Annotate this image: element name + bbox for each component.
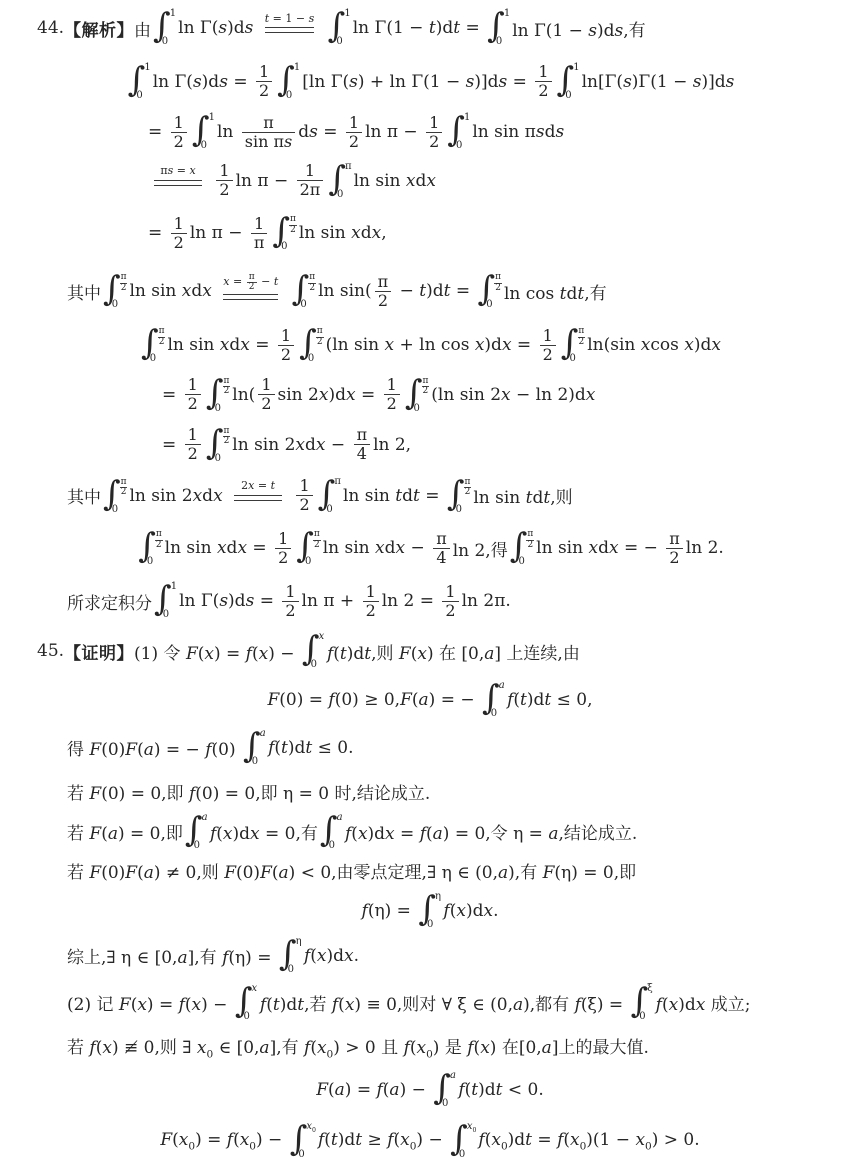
math-text: ln π − [190, 223, 248, 243]
math-text: f(x)dx. [443, 901, 498, 921]
fraction: π2 [666, 530, 683, 567]
fraction-numerator: 1 [185, 376, 201, 394]
substitution-label: πs = x [160, 165, 195, 177]
math-text: ln[Γ(s)Γ(1 − s)]ds [582, 72, 735, 92]
integral-upper-bound: π2 [308, 272, 316, 293]
integral: ∫a0 [320, 813, 343, 851]
math-text: ln 2 = [382, 591, 440, 611]
integral: ∫π20 [447, 477, 471, 515]
math-text: ln Γ(1 − t)dt = [353, 18, 485, 38]
fraction-numerator: 1 [282, 583, 298, 601]
fraction: 12 [171, 114, 187, 151]
math-text: ln π + [302, 591, 360, 611]
integral-upper-bound: π [334, 477, 341, 487]
integral: ∫π20 [103, 477, 127, 515]
math-text: ln sin πsds [472, 122, 564, 142]
fraction: 12 [278, 327, 294, 364]
integral-lower-bound: 0 [201, 141, 207, 151]
math-text: F(a) = f(a) − [316, 1080, 431, 1100]
integral: ∫10 [192, 113, 215, 151]
fraction: π2 [375, 273, 392, 310]
double-equals-line [265, 27, 315, 33]
integral: ∫10 [128, 63, 151, 101]
fraction-denominator: 2 [363, 601, 379, 620]
p45-part2: (2) 记 F(x) = f(x) − ∫x0f(t)dt,若 f(x) ≡ 0… [0, 979, 860, 1026]
integral-upper-bound: π2 [223, 376, 231, 397]
math-text: = [162, 435, 182, 455]
fraction-denominator: 2 [426, 132, 442, 151]
p44-eq-halfpi: = 12ln π − 1π∫π20ln sin xdx, [0, 204, 860, 262]
p45-eq-Fx0-pos: F(x0) = f(x0) − ∫x00f(t)dt ≥ f(x0) − ∫x0… [0, 1111, 860, 1170]
math-text [284, 281, 289, 301]
math-text: 所求定积分 [67, 589, 152, 614]
math-text: f(x0)dt = f(x0)(1 − x0) > 0. [478, 1130, 699, 1152]
integral-upper-bound: π2 [158, 326, 166, 347]
integral-upper-bound: a [450, 1071, 456, 1081]
integral-upper-bound: 1 [294, 63, 300, 73]
p44-intro: 44.【解析】由∫10ln Γ(s)ds t = 1 − s ∫10ln Γ(1… [0, 0, 860, 56]
integral-lower-bound: 0 [215, 454, 223, 464]
integral-lower-bound: 0 [336, 37, 342, 47]
fraction-numerator: 1 [278, 327, 294, 345]
integral: ∫π20 [292, 272, 316, 310]
math-text: 其中 [67, 279, 101, 304]
integral-upper-bound: a [337, 813, 343, 823]
integral-lower-bound: 0 [565, 91, 571, 101]
integral: ∫ξ0 [631, 984, 654, 1022]
fraction: 12 [535, 63, 551, 100]
fraction-denominator: 2 [278, 345, 294, 364]
math-text [320, 18, 325, 38]
integral: ∫π20 [510, 529, 534, 567]
fraction-denominator: 2 [256, 81, 272, 100]
math-text [288, 486, 293, 506]
math-text: F(0) = f(0) ≥ 0,F(a) = − [267, 690, 480, 710]
math-text: ln sin 2xdx − [232, 435, 350, 455]
math-text: ln Γ(s)ds = [179, 591, 279, 611]
integral: ∫10 [328, 9, 351, 47]
math-text: x = [223, 276, 245, 288]
integral-lower-bound: 0 [162, 37, 168, 47]
integral-lower-bound: 0 [570, 354, 578, 364]
fraction-denominator: 2 [666, 548, 682, 567]
math-text: f(x)dx = f(a) = 0,令 η = a,结论成立. [345, 819, 637, 844]
fraction-denominator: 2 [216, 180, 232, 199]
p45-case-nonzero: 若 F(0)F(a) ≠ 0,则 F(0)F(a) < 0,由零点定理,∃ η … [0, 851, 860, 889]
integral: ∫π0 [318, 477, 341, 515]
integral-lower-bound: 0 [252, 757, 258, 767]
math-text: 由 [134, 16, 151, 41]
fraction-denominator: 4 [354, 444, 370, 463]
integral-lower-bound: 0 [112, 505, 120, 515]
integral-lower-bound: 0 [311, 660, 317, 670]
p44-eq-sub-pis: πs = x 12ln π − 12π∫π0ln sin xdx [0, 157, 860, 204]
math-text: f(t)dt ≥ f(x0) − [318, 1130, 448, 1152]
fraction-numerator: 1 [216, 162, 232, 180]
integral-lower-bound: 0 [639, 1012, 645, 1022]
fraction: 1π [251, 215, 268, 252]
integral-upper-bound: π2 [313, 529, 321, 550]
integral: ∫x0 [302, 632, 325, 670]
integral-lower-bound: 0 [286, 91, 292, 101]
integral-lower-bound: 0 [329, 841, 335, 851]
math-text: πs = x [160, 165, 195, 177]
fraction-denominator: 2 [247, 282, 257, 292]
fraction-denominator: 2 [185, 444, 201, 463]
math-text: ln 2,得 [453, 536, 508, 561]
integral: ∫x00 [450, 1122, 476, 1160]
fraction: 12 [363, 583, 379, 620]
math-text: ln 2. [686, 538, 724, 558]
fraction: 12 [275, 530, 291, 567]
integral-upper-bound: π2 [223, 426, 231, 447]
p44-among-sinx: 其中∫π20ln sin xdx x = π2 − t ∫π20ln sin(π… [0, 262, 860, 320]
integral-upper-bound: 1 [573, 63, 579, 73]
math-text: f(η) = [362, 901, 417, 921]
math-text: (1) 令 F(x) = f(x) − [134, 639, 300, 664]
fraction-numerator: π [666, 530, 683, 548]
fraction-denominator: 2 [258, 394, 274, 413]
substitution-label: 2x = t [241, 480, 275, 492]
math-text: sin 2x)dx = [278, 385, 381, 405]
integral-upper-bound: ξ [647, 984, 653, 994]
fraction: 12π [297, 162, 324, 199]
p45-eq-eta: f(η) = ∫η0f(x)dx. [0, 889, 860, 932]
integral-lower-bound: 0 [326, 505, 333, 515]
integral: ∫π20 [299, 326, 323, 364]
math-text: ln(sin xcos x)dx [587, 335, 721, 355]
math-text: (2) 记 F(x) = f(x) − [67, 990, 233, 1015]
integral-upper-bound: 1 [209, 113, 215, 123]
integral-upper-bound: 1 [171, 582, 177, 592]
math-text: ln cos tdt,有 [504, 279, 607, 304]
fraction: πsin πs [242, 114, 295, 151]
integral-upper-bound: a [202, 813, 208, 823]
math-text: f(t)dt ≤ 0, [507, 690, 592, 710]
fraction-denominator: 2 [375, 291, 391, 310]
fraction: 12 [185, 426, 201, 463]
math-text: f(t)dt < 0. [458, 1080, 543, 1100]
integral-upper-bound: π2 [422, 376, 430, 397]
integral: ∫a0 [243, 729, 266, 767]
fraction: 12 [426, 114, 442, 151]
math-text: ln sin xdx = − [536, 538, 663, 558]
integral-lower-bound: 0 [456, 141, 462, 151]
substitution-equals: πs = x [154, 165, 202, 185]
fraction-numerator: 1 [275, 530, 291, 548]
math-text: f(x)dx 成立; [656, 990, 751, 1015]
fraction-numerator: 1 [346, 114, 362, 132]
fraction-denominator: 2 [185, 394, 201, 413]
substitution-equals: t = 1 − s [265, 13, 315, 33]
integral-upper-bound: η [296, 937, 302, 947]
integral-lower-bound: 0 [215, 404, 223, 414]
math-text: ln 2π. [462, 591, 511, 611]
fraction-denominator: sin πs [242, 132, 295, 151]
integral-lower-bound: 0 [150, 354, 158, 364]
integral: ∫x00 [290, 1122, 316, 1160]
integral-lower-bound: 0 [281, 242, 289, 252]
integral: ∫π20 [405, 376, 429, 414]
integral: ∫π20 [478, 272, 502, 310]
p44-eq-split: ∫10ln Γ(s)ds = 12∫10[ln Γ(s) + ln Γ(1 − … [0, 56, 860, 107]
fraction: π2 [247, 273, 257, 292]
fraction: 12 [346, 114, 362, 151]
math-text: 综上,∃ η ∈ [0,a],有 f(η) = [67, 943, 277, 968]
p44-eq-sincos: ∫π20ln sin xdx = 12∫π20(ln sin x + ln co… [0, 320, 860, 370]
substitution-equals: 2x = t [234, 480, 282, 500]
integral: ∫a0 [433, 1071, 456, 1109]
integral-lower-bound: 0 [337, 190, 344, 200]
math-text: ln π − [236, 171, 294, 191]
math-text: − t)dt = [394, 281, 475, 301]
p45-max-value: 若 f(x) ≢ 0,则 ∃ x0 ∈ [0,a],有 f(x0) > 0 且 … [0, 1026, 860, 1068]
integral: ∫10 [277, 63, 300, 101]
fraction-denominator: 2 [346, 132, 362, 151]
integral: ∫π20 [296, 529, 320, 567]
fraction-denominator: 2 [282, 601, 298, 620]
integral-upper-bound: π2 [120, 272, 128, 293]
math-text: 44. [37, 18, 64, 38]
integral-upper-bound: π2 [526, 529, 534, 550]
math-text: 若 f(x) ≢ 0,则 ∃ x0 ∈ [0,a],有 f(x0) > 0 且 … [67, 1033, 649, 1060]
integral-lower-bound: 0 [427, 920, 433, 930]
integral: ∫π0 [328, 162, 351, 200]
integral: ∫10 [487, 9, 510, 47]
integral-lower-bound: 0 [163, 610, 169, 620]
integral: ∫a0 [482, 681, 505, 719]
fraction: 12 [540, 327, 556, 364]
integral-lower-bound: 0 [194, 841, 200, 851]
integral: ∫π20 [206, 376, 230, 414]
integral: ∫π20 [206, 426, 230, 464]
integral: ∫π20 [272, 214, 296, 252]
math-text: f(x)dx = 0,有 [210, 819, 318, 844]
integral-lower-bound: 0 [244, 1012, 250, 1022]
math-text: [ln Γ(s) + ln Γ(1 − s)]ds = [302, 72, 532, 92]
solution-document: 44.【解析】由∫10ln Γ(s)ds t = 1 − s ∫10ln Γ(1… [0, 0, 860, 1170]
fraction-denominator: 2 [296, 495, 312, 514]
math-text: 若 F(0)F(a) ≠ 0,则 F(0)F(a) < 0,由零点定理,∃ η … [67, 858, 636, 883]
integral: ∫x0 [235, 984, 258, 1022]
integral-lower-bound: 0 [300, 300, 308, 310]
math-text: ln Γ(s)ds [178, 18, 259, 38]
integral-upper-bound: π2 [464, 477, 472, 498]
fraction-numerator: 1 [258, 376, 274, 394]
fraction-denominator: 2 [540, 345, 556, 364]
integral-lower-bound: 0 [414, 404, 422, 414]
math-text: − t [258, 276, 279, 288]
fraction-denominator: 2 [171, 132, 187, 151]
page: { "page": {"background": "#ffffff", "tex… [0, 0, 860, 1170]
fraction: 12 [171, 215, 187, 252]
integral-upper-bound: 1 [504, 9, 510, 19]
bold-tag: 【解析】 [64, 16, 134, 41]
math-text: ln( [232, 385, 255, 405]
fraction-numerator: π [375, 273, 392, 291]
integral-lower-bound: 0 [459, 1150, 469, 1160]
integral-lower-bound: 0 [288, 965, 294, 975]
integral-lower-bound: 0 [298, 1150, 308, 1160]
p44-among-sin2x: 其中∫π20ln sin 2xdx 2x = t 12∫π0ln sin tdt… [0, 470, 860, 521]
integral-upper-bound: 1 [144, 63, 150, 73]
math-text: ds = [298, 122, 343, 142]
p44-eq-sin2x-ln2: = 12∫π20ln sin 2xdx − π4ln 2, [0, 419, 860, 470]
math-text: ln sin 2xdx [129, 486, 228, 506]
fraction: π4 [354, 426, 371, 463]
integral-upper-bound: x0 [306, 1122, 316, 1134]
integral-upper-bound: π2 [578, 326, 586, 347]
integral: ∫π20 [141, 326, 165, 364]
integral-upper-bound: 1 [170, 9, 176, 19]
fraction: 12 [256, 63, 272, 100]
math-text: = [148, 122, 168, 142]
fraction-numerator: π [260, 114, 277, 132]
fraction-numerator: 1 [426, 114, 442, 132]
fraction-denominator: 2 [442, 601, 458, 620]
integral-lower-bound: 0 [305, 557, 313, 567]
fraction-numerator: 1 [384, 376, 400, 394]
fraction: 12 [442, 583, 458, 620]
math-text: (ln sin x + ln cos x)dx = [326, 335, 537, 355]
substitution-equals: x = π2 − t [223, 273, 278, 300]
integral-lower-bound: 0 [147, 557, 155, 567]
fraction-numerator: 1 [296, 477, 312, 495]
fraction-denominator: 2π [297, 180, 324, 199]
p45-summary: 综上,∃ η ∈ [0,a],有 f(η) = ∫η0f(x)dx. [0, 932, 860, 979]
integral-upper-bound: η [435, 892, 441, 902]
integral-lower-bound: 0 [442, 1099, 448, 1109]
fraction-denominator: π [251, 233, 268, 252]
math-text: ln sin tdt,则 [473, 483, 572, 508]
fraction-denominator: 4 [433, 548, 449, 567]
integral-lower-bound: 0 [491, 709, 497, 719]
double-equals-line [234, 495, 282, 501]
integral: ∫η0 [418, 892, 441, 930]
integral-upper-bound: π [345, 162, 352, 172]
p45-eq-Fa-neg: F(a) = f(a) − ∫a0f(t)dt < 0. [0, 1068, 860, 1111]
math-text: (ln sin 2x − ln 2)dx [431, 385, 595, 405]
p44-eq-sin2x: = 12∫π20ln(12sin 2x)dx = 12∫π20(ln sin 2… [0, 370, 860, 419]
math-text: ln [217, 122, 239, 142]
math-text: ln sin xdx [129, 281, 217, 301]
fraction: 12 [216, 162, 232, 199]
math-text: t = 1 − s [265, 13, 315, 25]
math-text: 得 F(0)F(a) = − f(0) [67, 735, 241, 760]
integral: ∫10 [153, 9, 176, 47]
integral: ∫π20 [103, 272, 127, 310]
integral-upper-bound: x [319, 632, 325, 642]
math-text: 45. [37, 641, 64, 661]
math-text: ln sin tdt = [343, 486, 445, 506]
integral: ∫10 [154, 582, 177, 620]
integral: ∫10 [447, 113, 470, 151]
integral-lower-bound: 0 [486, 300, 494, 310]
math-text: ln Γ(1 − s)ds,有 [512, 16, 645, 41]
substitution-label: x = π2 − t [223, 273, 278, 292]
math-text: ln π − [365, 122, 423, 142]
math-text: ln sin xdx = [167, 335, 274, 355]
integral: ∫a0 [185, 813, 208, 851]
integral: ∫10 [557, 63, 580, 101]
fraction-numerator: π [354, 426, 371, 444]
integral-upper-bound: x [252, 984, 258, 994]
fraction-denominator: 2 [535, 81, 551, 100]
integral-upper-bound: 1 [464, 113, 470, 123]
fraction: 12 [384, 376, 400, 413]
fraction-numerator: 1 [171, 114, 187, 132]
fraction-numerator: 1 [535, 63, 551, 81]
math-text: ln sin xdx − [323, 538, 430, 558]
fraction-numerator: 1 [171, 215, 187, 233]
integral-upper-bound: π2 [120, 477, 128, 498]
math-text: ln 2, [373, 435, 411, 455]
math-text: F(x0) = f(x0) − [160, 1130, 287, 1152]
integral-lower-bound: 0 [308, 354, 316, 364]
p45-case-F0: 若 F(0) = 0,即 f(0) = 0,即 η = 0 时,结论成立. [0, 770, 860, 812]
math-text: 若 F(a) = 0,即 [67, 819, 183, 844]
fraction: 12 [296, 477, 312, 514]
fraction-denominator: 2 [171, 233, 187, 252]
p45-product: 得 F(0)F(a) = − f(0) ∫a0f(t)dt ≤ 0. [0, 725, 860, 770]
integral-upper-bound: π2 [289, 214, 297, 235]
math-text: ln sin( [318, 281, 372, 301]
integral-upper-bound: x0 [467, 1122, 477, 1134]
math-text: 其中 [67, 483, 101, 508]
math-text: ln Γ(s)ds = [153, 72, 253, 92]
math-text: f(t)dt ≤ 0. [268, 738, 353, 758]
integral: ∫π20 [561, 326, 585, 364]
fraction: 12 [258, 376, 274, 413]
fraction-numerator: 1 [251, 215, 267, 233]
integral-lower-bound: 0 [496, 37, 502, 47]
double-equals-line [154, 180, 202, 186]
math-text: ln sin xdx, [299, 223, 387, 243]
fraction-numerator: 1 [256, 63, 272, 81]
math-text: ln sin xdx = [165, 538, 272, 558]
fraction-numerator: 1 [302, 162, 318, 180]
math-text: ln sin xdx [354, 171, 436, 191]
integral-lower-bound: 0 [456, 505, 464, 515]
integral-upper-bound: π2 [494, 272, 502, 293]
integral-upper-bound: a [260, 729, 266, 739]
fraction-denominator: 2 [275, 548, 291, 567]
fraction-denominator: 2 [384, 394, 400, 413]
fraction: π4 [433, 530, 450, 567]
substitution-label: t = 1 − s [265, 13, 315, 25]
fraction-numerator: 1 [442, 583, 458, 601]
math-text [208, 171, 213, 191]
math-text: 2x = t [241, 480, 275, 492]
p44-conclusion: 所求定积分∫10ln Γ(s)ds = 12ln π + 12ln 2 = 12… [0, 575, 860, 627]
math-text: = [162, 385, 182, 405]
math-text: 若 F(0) = 0,即 f(0) = 0,即 η = 0 时,结论成立. [67, 779, 430, 804]
math-text: f(t)dt,则 F(x) 在 [0,a] 上连续,由 [327, 639, 580, 664]
double-equals-line [223, 294, 278, 300]
integral-lower-bound: 0 [112, 300, 120, 310]
p44-eq-reflection: = 12∫10ln πsin πsds = 12ln π − 12∫10ln s… [0, 107, 860, 157]
integral: ∫π20 [138, 529, 162, 567]
math-text: f(t)dt,若 f(x) ≡ 0,则对 ∀ ξ ∈ (0,a),都有 f(ξ)… [260, 990, 629, 1015]
fraction-numerator: 1 [363, 583, 379, 601]
bold-tag: 【证明】 [64, 639, 134, 664]
fraction: 12 [185, 376, 201, 413]
math-text: = [148, 223, 168, 243]
fraction-numerator: 1 [185, 426, 201, 444]
p45-intro: 45.【证明】(1) 令 F(x) = f(x) − ∫x0f(t)dt,则 F… [0, 627, 860, 675]
integral-lower-bound: 0 [136, 91, 142, 101]
integral-lower-bound: 0 [518, 557, 526, 567]
